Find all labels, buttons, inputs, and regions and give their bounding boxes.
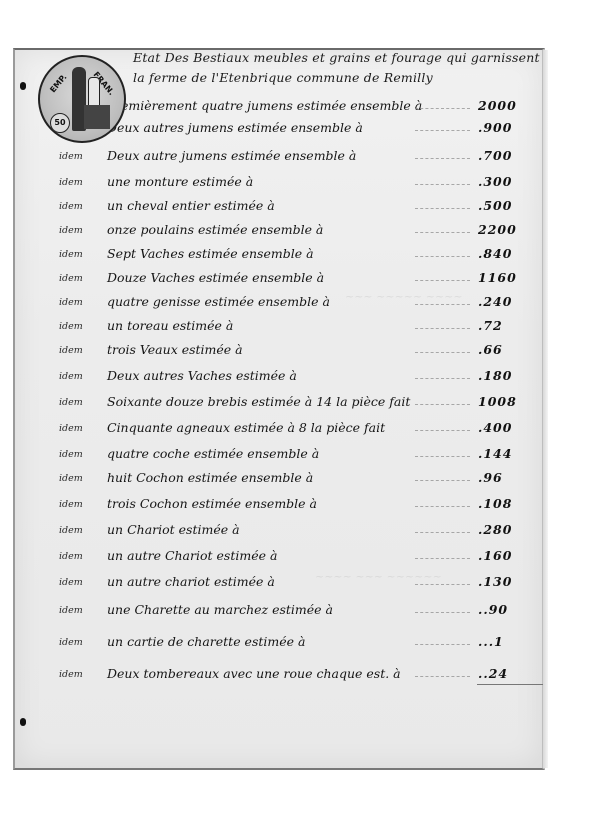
- entry-description: Soixante douze brebis estimée à 14 la pi…: [107, 394, 410, 409]
- leader-line: [415, 108, 470, 110]
- leader-line: [415, 304, 470, 306]
- idem-prefix: idem: [59, 577, 83, 588]
- entry-description: quatre genisse estimée ensemble à: [107, 294, 330, 309]
- entry-description: une Charette au marchez estimée à: [107, 602, 333, 617]
- entry-description: premièrement quatre jumens estimée ensem…: [107, 98, 422, 113]
- leader-line: [415, 480, 470, 482]
- stamp-label-left: EMP.: [48, 73, 68, 95]
- entry-amount: .180: [478, 368, 528, 383]
- entry-amount: .66: [478, 342, 528, 357]
- idem-prefix: idem: [59, 201, 83, 212]
- inventory-row: idemun toreau estimée à.72: [15, 318, 542, 338]
- leader-line: [415, 584, 470, 586]
- entry-description: trois Veaux estimée à: [107, 342, 243, 357]
- idem-prefix: idem: [59, 449, 83, 460]
- inventory-row: idemune monture estimée à.300: [15, 174, 542, 194]
- entry-amount: .300: [478, 174, 528, 189]
- entry-amount: .840: [478, 246, 528, 261]
- inventory-row: idemSoixante douze brebis estimée à 14 l…: [15, 394, 542, 414]
- leader-line: [415, 558, 470, 560]
- leader-line: [415, 130, 470, 132]
- idem-prefix: idem: [59, 177, 83, 188]
- leader-line: [415, 612, 470, 614]
- idem-prefix: idem: [59, 423, 83, 434]
- idem-prefix: idem: [59, 473, 83, 484]
- entry-amount: 1160: [478, 270, 528, 285]
- entry-description: Sept Vaches estimée ensemble à: [107, 246, 314, 261]
- inventory-row: idemune Charette au marchez estimée à..9…: [15, 602, 542, 622]
- leader-line: [415, 404, 470, 406]
- idem-prefix: idem: [59, 669, 83, 680]
- binding-hole-mark: [20, 82, 26, 90]
- entry-amount: .900: [478, 120, 528, 135]
- idem-prefix: idem: [59, 249, 83, 260]
- revenue-stamp-icon: EMP. FRAN. 50: [38, 55, 126, 143]
- leader-line: [415, 280, 470, 282]
- entry-description: trois Cochon estimée ensemble à: [107, 496, 317, 511]
- entry-description: un autre Chariot estimée à: [107, 548, 277, 563]
- entry-amount: ..90: [478, 602, 528, 617]
- leader-line: [415, 184, 470, 186]
- inventory-row: idemonze poulains estimée ensemble à2200: [15, 222, 542, 242]
- entry-amount: .144: [478, 446, 528, 461]
- entry-description: onze poulains estimée ensemble à: [107, 222, 323, 237]
- inventory-row: idemtrois Cochon estimée ensemble à.108: [15, 496, 542, 516]
- entry-amount: .160: [478, 548, 528, 563]
- inventory-row: idemun Chariot estimée à.280: [15, 522, 542, 542]
- entry-description: Deux autres jumens estimée ensemble à: [107, 120, 363, 135]
- entry-amount: 2000: [478, 98, 528, 113]
- entry-amount: ..24: [478, 666, 528, 681]
- inventory-row: idemun autre Chariot estimée à.160: [15, 548, 542, 568]
- leader-line: [415, 506, 470, 508]
- leader-line: [415, 644, 470, 646]
- leader-line: [415, 352, 470, 354]
- entry-description: huit Cochon estimée ensemble à: [107, 470, 313, 485]
- entry-description: un cartie de charette estimée à: [107, 634, 305, 649]
- entry-amount: ...1: [478, 634, 528, 649]
- leader-line: [415, 232, 470, 234]
- inventory-row: idemquatre genisse estimée ensemble à.24…: [15, 294, 542, 314]
- inventory-row: idemun cartie de charette estimée à...1: [15, 634, 542, 654]
- entry-amount: .500: [478, 198, 528, 213]
- entry-amount: .130: [478, 574, 528, 589]
- inventory-row: idemDeux autre jumens estimée ensemble à…: [15, 148, 542, 168]
- entry-description: un Chariot estimée à: [107, 522, 240, 537]
- leader-line: [415, 456, 470, 458]
- leader-line: [415, 328, 470, 330]
- manuscript-page: Etat Des Bestiaux meubles et grains et f…: [13, 48, 545, 770]
- entry-description: Deux tombereaux avec une roue chaque est…: [107, 666, 401, 681]
- leader-line: [415, 158, 470, 160]
- entry-description: un cheval entier estimée à: [107, 198, 275, 213]
- entry-amount: .400: [478, 420, 528, 435]
- entry-description: une monture estimée à: [107, 174, 253, 189]
- entry-description: un autre chariot estimée à: [107, 574, 275, 589]
- idem-prefix: idem: [59, 397, 83, 408]
- stamp-tablet: [88, 77, 100, 107]
- leader-line: [415, 256, 470, 258]
- stamp-value: 50: [50, 113, 70, 133]
- idem-prefix: idem: [59, 605, 83, 616]
- idem-prefix: idem: [59, 345, 83, 356]
- idem-prefix: idem: [59, 151, 83, 162]
- idem-prefix: idem: [59, 637, 83, 648]
- leader-line: [415, 676, 470, 678]
- idem-prefix: idem: [59, 499, 83, 510]
- leader-line: [415, 208, 470, 210]
- document-heading-line-2: la ferme de l'Etenbrique commune de Remi…: [133, 70, 433, 85]
- entry-description: Cinquante agneaux estimée à 8 la pièce f…: [107, 420, 385, 435]
- idem-prefix: idem: [59, 525, 83, 536]
- entry-description: Douze Vaches estimée ensemble à: [107, 270, 324, 285]
- inventory-row: idemtrois Veaux estimée à.66: [15, 342, 542, 362]
- stamp-pedestal: [84, 105, 110, 129]
- inventory-row: idemun cheval entier estimée à.500: [15, 198, 542, 218]
- idem-prefix: idem: [59, 273, 83, 284]
- entry-description: Deux autres Vaches estimée à: [107, 368, 297, 383]
- entry-amount: .240: [478, 294, 528, 309]
- leader-line: [415, 430, 470, 432]
- idem-prefix: idem: [59, 297, 83, 308]
- inventory-row: idemhuit Cochon estimée ensemble à.96: [15, 470, 542, 490]
- entry-amount: .280: [478, 522, 528, 537]
- idem-prefix: idem: [59, 371, 83, 382]
- inventory-row: idemDeux tombereaux avec une roue chaque…: [15, 666, 542, 686]
- entry-amount: 2200: [478, 222, 528, 237]
- inventory-row: idemDouze Vaches estimée ensemble à1160: [15, 270, 542, 290]
- entry-amount: .108: [478, 496, 528, 511]
- leader-line: [415, 378, 470, 380]
- idem-prefix: idem: [59, 225, 83, 236]
- total-underline: [477, 684, 547, 685]
- inventory-row: idemquatre coche estimée ensemble à.144: [15, 446, 542, 466]
- entry-amount: .96: [478, 470, 528, 485]
- entry-description: Deux autre jumens estimée ensemble à: [107, 148, 356, 163]
- entry-amount: 1008: [478, 394, 528, 409]
- entry-amount: .72: [478, 318, 528, 333]
- entry-description: un toreau estimée à: [107, 318, 233, 333]
- entry-description: quatre coche estimée ensemble à: [107, 446, 319, 461]
- inventory-row: idemun autre chariot estimée à.130: [15, 574, 542, 594]
- inventory-row: idemCinquante agneaux estimée à 8 la piè…: [15, 420, 542, 440]
- idem-prefix: idem: [59, 551, 83, 562]
- document-heading-line-1: Etat Des Bestiaux meubles et grains et f…: [133, 50, 540, 65]
- entry-amount: .700: [478, 148, 528, 163]
- inventory-row: idemSept Vaches estimée ensemble à.840: [15, 246, 542, 266]
- leader-line: [415, 532, 470, 534]
- idem-prefix: idem: [59, 321, 83, 332]
- inventory-row: idemDeux autres Vaches estimée à.180: [15, 368, 542, 388]
- binding-hole-mark: [20, 718, 26, 726]
